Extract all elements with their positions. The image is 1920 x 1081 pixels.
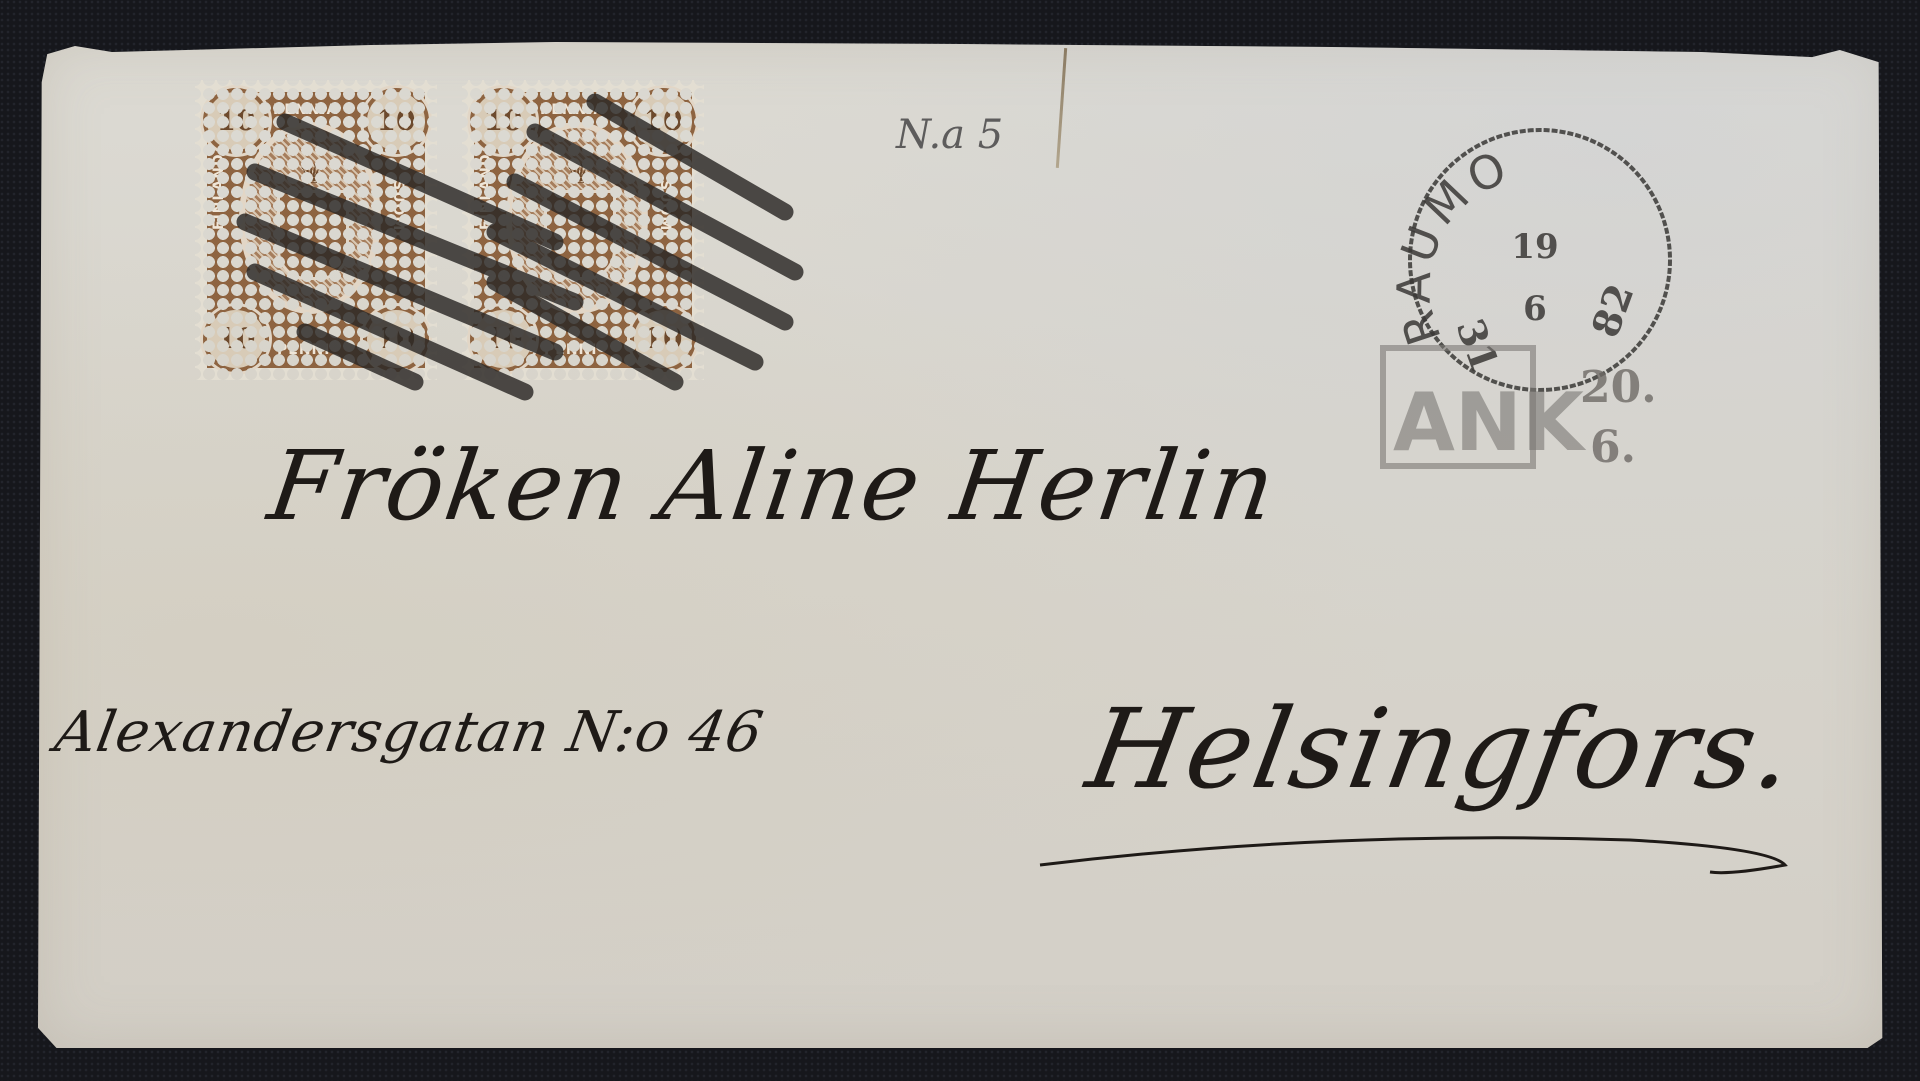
stamp-denomination: 10 bbox=[470, 88, 536, 154]
circular-datestamp: RAUMO 19 6 82 31 bbox=[1380, 110, 1700, 420]
street-address: Alexandersgatan N:o 46 bbox=[50, 700, 768, 765]
stamp-top-label: PENNIA bbox=[540, 102, 605, 118]
recipient-name: Fröken Aline Herlin bbox=[262, 430, 1283, 542]
crown-icon: ♛ bbox=[291, 162, 331, 186]
postmark-year: 82 bbox=[1582, 278, 1642, 343]
stamp-denomination: 10 bbox=[630, 306, 696, 372]
postmark-extra: 31 bbox=[1447, 313, 1507, 378]
city: Helsingfors. bbox=[1079, 685, 1806, 813]
postmark-month: 6 bbox=[1523, 289, 1547, 329]
stamp-bottom-label: PENNI bbox=[277, 342, 330, 358]
pencil-note: N.a 5 bbox=[896, 112, 1003, 158]
stamp-denomination: 10 bbox=[470, 306, 536, 372]
stamp-2: ♛ 10 10 10 10 PENNIA PENNI FINLAND SUOMI bbox=[462, 80, 704, 380]
stamp-denomination: 10 bbox=[203, 88, 269, 154]
stamp-country-label-alt: SUOMI bbox=[657, 180, 673, 238]
svg-text:RAUMO: RAUMO bbox=[1387, 138, 1520, 352]
postmark-town: RAUMO bbox=[1387, 138, 1520, 352]
stamp-country-label: FINLAND bbox=[211, 153, 227, 230]
stamp-1: ♛ 10 10 10 10 PENNIA PENNI FINLAND SUOMI bbox=[195, 80, 437, 380]
crown-icon: ♛ bbox=[558, 162, 598, 186]
stamp-denomination: 10 bbox=[363, 306, 429, 372]
stamp-denomination: 10 bbox=[203, 306, 269, 372]
stamp-bottom-label: PENNI bbox=[544, 342, 597, 358]
postmark-day: 19 bbox=[1511, 227, 1558, 267]
stamp-country-label-alt: SUOMI bbox=[390, 180, 406, 238]
lion-shield-icon bbox=[277, 190, 349, 280]
stamp-denomination: 10 bbox=[630, 88, 696, 154]
stamp-top-label: PENNIA bbox=[273, 102, 338, 118]
stamp-denomination: 10 bbox=[363, 88, 429, 154]
lion-shield-icon bbox=[544, 190, 616, 280]
stamp-country-label: FINLAND bbox=[478, 153, 494, 230]
